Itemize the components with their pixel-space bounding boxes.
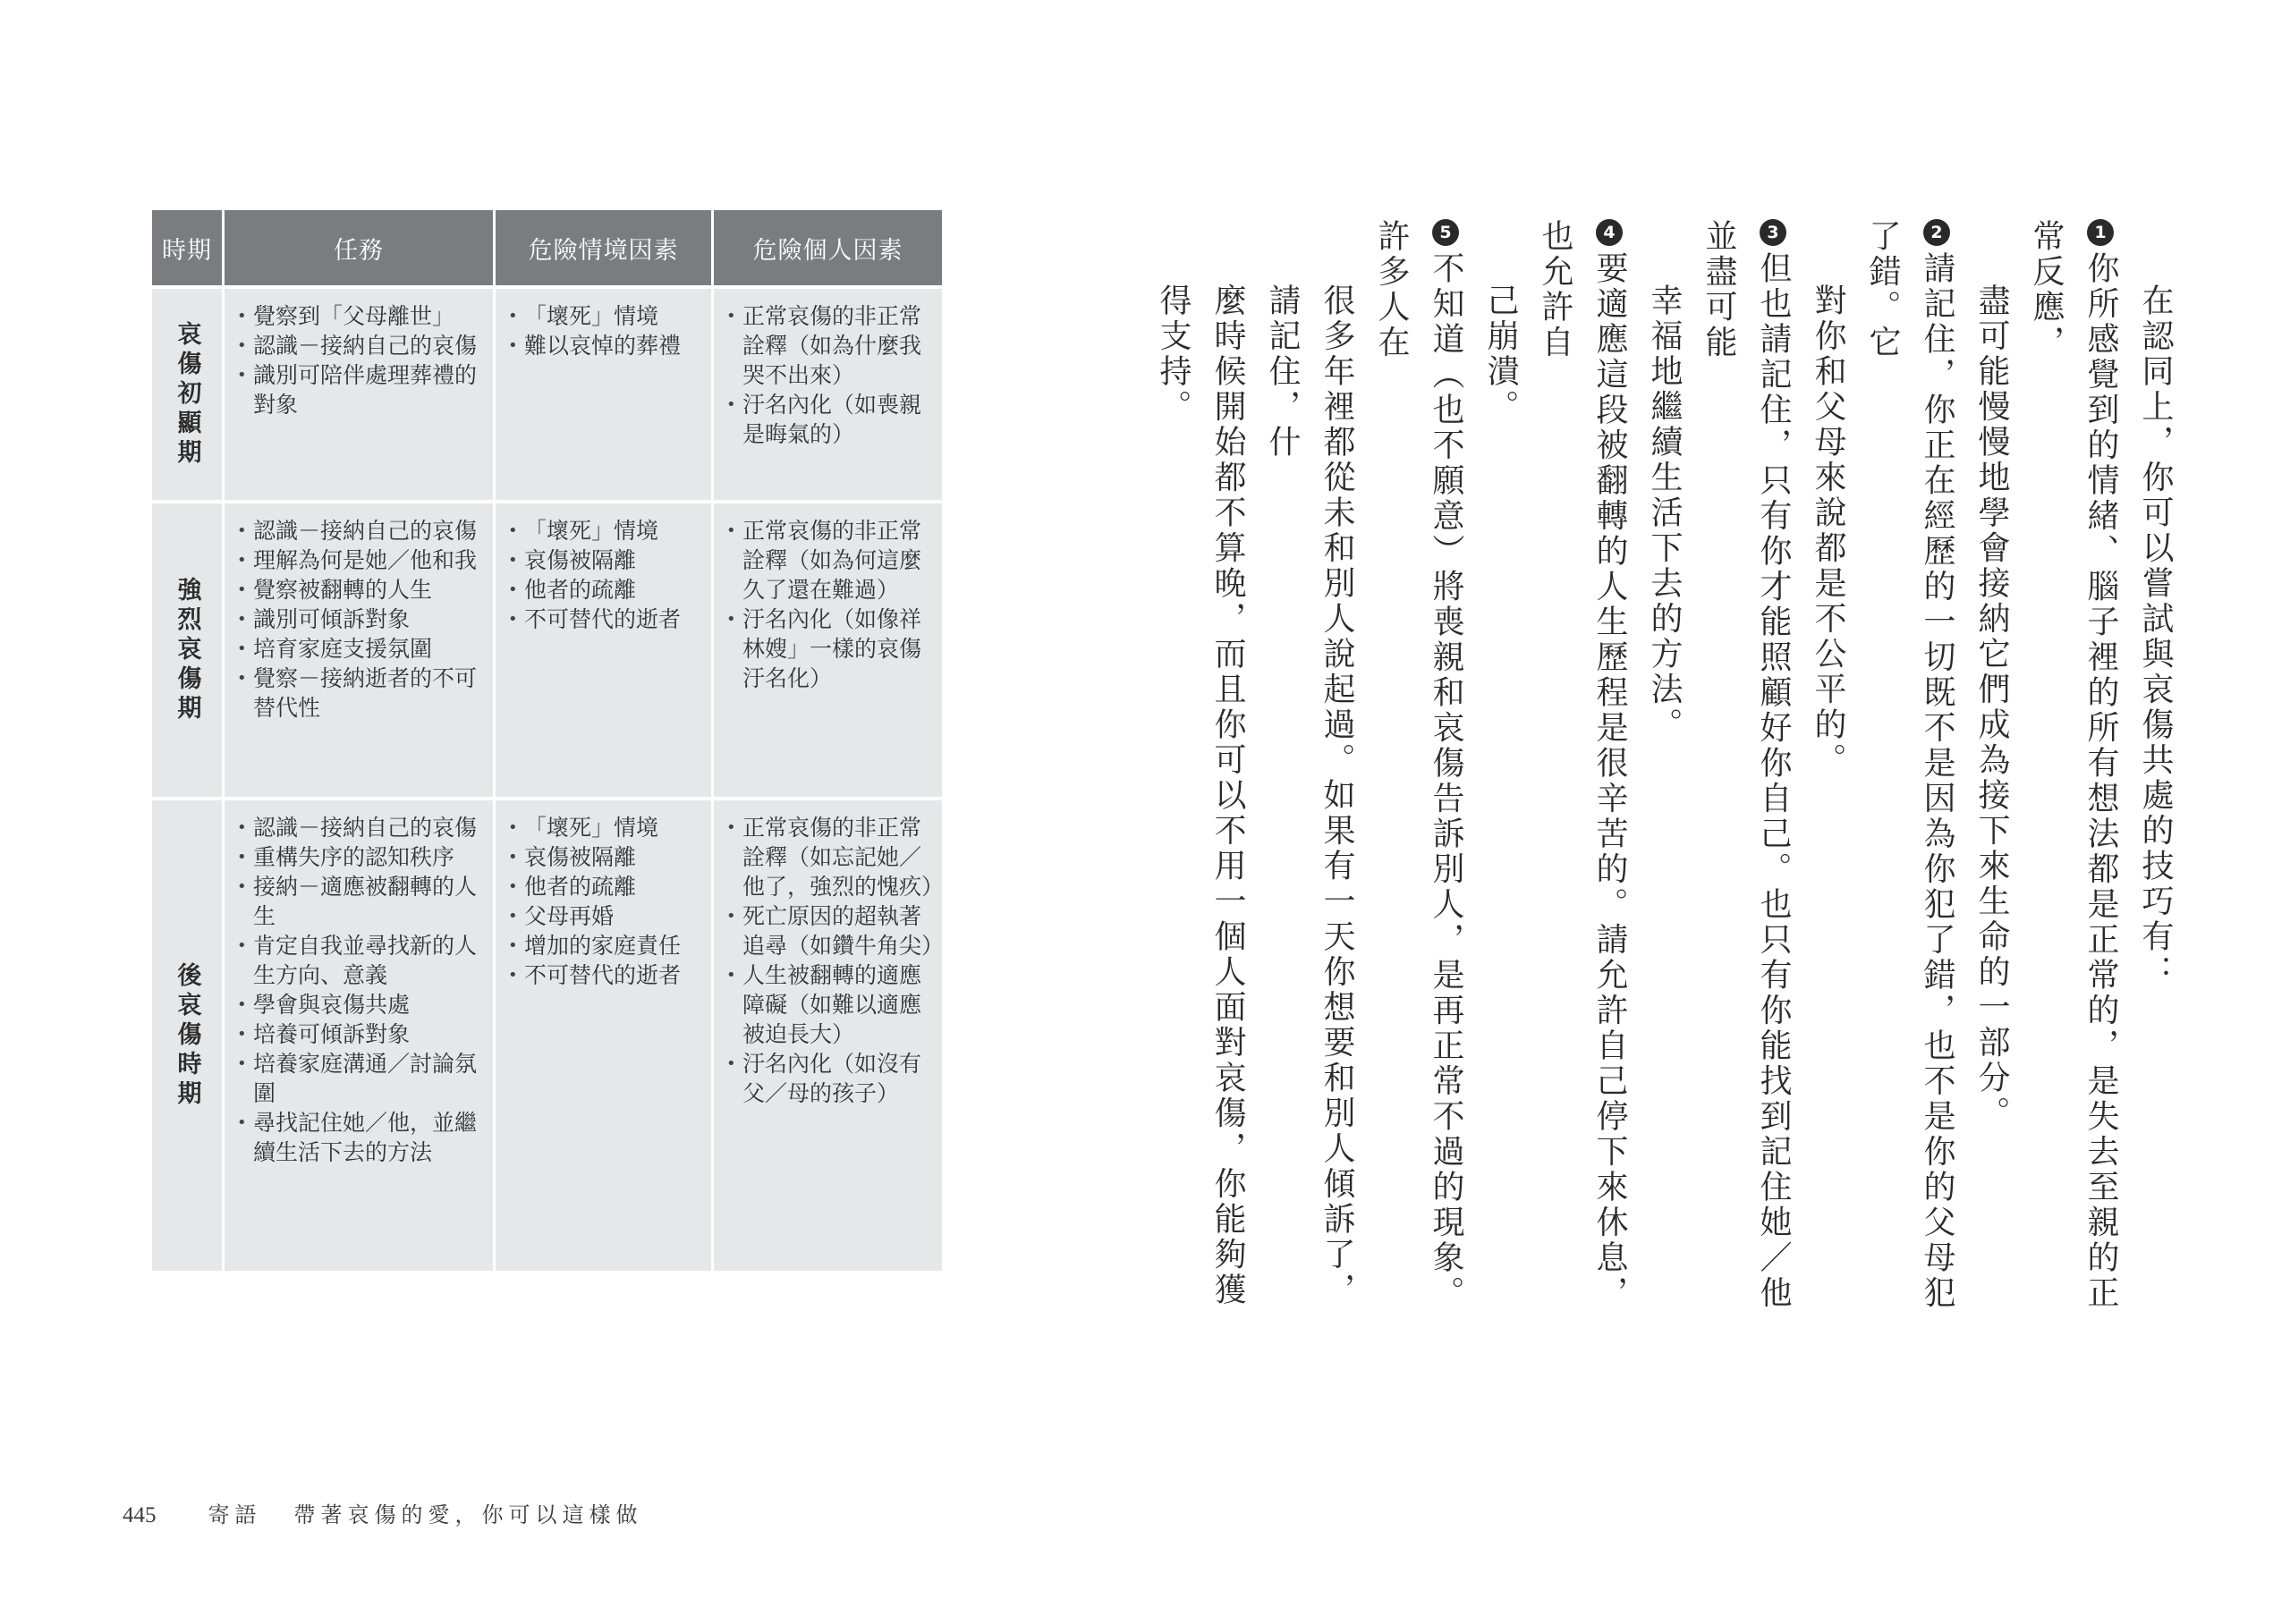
running-title: 帶著哀傷的愛，你可以這樣做	[294, 1502, 643, 1527]
period-label: 強烈哀傷期	[173, 577, 202, 724]
list-item: 死亡原因的超執著追尋（如鑽牛角尖）	[723, 901, 933, 960]
number-5-icon: 5	[1432, 219, 1459, 246]
list-item: 覺察－接納逝者的不可替代性	[233, 664, 484, 723]
list-item: 理解為何是她／他和我	[233, 546, 484, 575]
list-item: 汙名內化（如沒有父／母的孩子）	[723, 1049, 933, 1108]
list-item: 哀傷被隔離	[505, 546, 702, 575]
header-personal-risks: 危險個人因素	[714, 210, 942, 285]
situational-risks-cell: 「壞死」情境 哀傷被隔離 他者的疏離 父母再婚 增加的家庭責任 不可替代的逝者	[496, 800, 711, 1271]
list-item: 「壞死」情境	[505, 813, 702, 842]
item-text: 請記住，你正在經歷的一切既不是因為你犯了錯，也不是你的父母犯了錯。它	[1864, 219, 1955, 1311]
list-item-1: 1你所感覺到的情緒、腦子裡的所有想法都是正常的，是失去至親的正常反應， 盡可能慢…	[1964, 219, 2128, 1319]
list-item-4: 4要適應這段被翻轉的人生歷程是很辛苦的。請允許自己停下來休息，也允許自 己崩潰。	[1473, 219, 1637, 1319]
tasks-cell: 認識－接納自己的哀傷 重構失序的認知秩序 接納－適應被翻轉的人生 肯定自我並尋找…	[225, 800, 493, 1271]
list-item: 尋找記住她／他，並繼續生活下去的方法	[233, 1108, 484, 1167]
body-text: 在認同上，你可以嘗試與哀傷共處的技巧有： 1你所感覺到的情緒、腦子裡的所有想法都…	[1146, 219, 2183, 1319]
list-item: 人生被翻轉的適應障礙（如難以適應被迫長大）	[723, 960, 933, 1049]
item-text: 但也請記住，只有你才能照顧好你自己。也只有你能找到記住她／他並盡可能	[1701, 219, 1792, 1311]
item-text: 要適應這段被翻轉的人生歷程是很辛苦的。請允許自己停下來休息，也允許自	[1537, 219, 1628, 1311]
list-item: 培養家庭溝通／討論氛圍	[233, 1049, 484, 1108]
personal-risks-cell: 正常哀傷的非正常詮釋（如為什麼我哭不出來） 汙名內化（如喪親是晦氣的）	[714, 289, 942, 500]
item-text-continued: 己崩潰。	[1473, 219, 1528, 1319]
item-text-continued: 幸福地繼續生活下去的方法。	[1637, 219, 1692, 1319]
list-item: 學會與哀傷共處	[233, 990, 484, 1019]
section-label: 寄語	[208, 1502, 262, 1527]
grief-stages-table: 時期 任務 危險情境因素 危險個人因素 哀傷初顯期 覺察到「父母離世」 認識－接…	[152, 210, 939, 1271]
list-item-3: 3但也請記住，只有你才能照顧好你自己。也只有你能找到記住她／他並盡可能 幸福地繼…	[1637, 219, 1801, 1319]
list-item: 識別可陪伴處理葬禮的對象	[233, 360, 484, 419]
list-item: 認識－接納自己的哀傷	[233, 813, 484, 842]
header-tasks: 任務	[225, 210, 493, 285]
list-item: 識別可傾訴對象	[233, 605, 484, 634]
list-item: 「壞死」情境	[505, 301, 702, 331]
footer-left: 445寄語帶著哀傷的愛，你可以這樣做	[123, 1497, 643, 1528]
list-item: 認識－接納自己的哀傷	[233, 331, 484, 360]
situational-risks-cell: 「壞死」情境 難以哀悼的葬禮	[496, 289, 711, 500]
header-period: 時期	[152, 210, 222, 285]
period-label: 哀傷初顯期	[173, 321, 202, 469]
number-3-icon: 3	[1760, 219, 1786, 246]
list-item: 汙名內化（如喪親是晦氣的）	[723, 390, 933, 449]
list-item: 正常哀傷的非正常詮釋（如為何這麼久了還在難過）	[723, 516, 933, 605]
list-item: 他者的疏離	[505, 575, 702, 605]
number-1-icon: 1	[2087, 219, 2114, 246]
item-text-continued: 麼時候開始都不算晚，而且你可以不用一個人面對哀傷，你能夠獲得支持。	[1146, 219, 1255, 1319]
list-item: 覺察被翻轉的人生	[233, 575, 484, 605]
personal-risks-cell: 正常哀傷的非正常詮釋（如忘記她／他了，強烈的愧疚） 死亡原因的超執著追尋（如鑽牛…	[714, 800, 942, 1271]
list-item: 增加的家庭責任	[505, 931, 702, 960]
right-page: 在認同上，你可以嘗試與哀傷共處的技巧有： 1你所感覺到的情緒、腦子裡的所有想法都…	[1145, 0, 2290, 1624]
item-text-continued: 對你和父母來說都是不公平的。	[1801, 219, 1855, 1319]
page-number: 445	[123, 1503, 157, 1527]
list-item: 汙名內化（如像祥林嫂」一樣的哀傷汙名化）	[723, 605, 933, 693]
list-item: 難以哀悼的葬禮	[505, 331, 702, 360]
period-cell: 後哀傷時期	[152, 800, 222, 1271]
list-item: 正常哀傷的非正常詮釋（如為什麼我哭不出來）	[723, 301, 933, 390]
personal-risks-cell: 正常哀傷的非正常詮釋（如為何這麼久了還在難過） 汙名內化（如像祥林嫂」一樣的哀傷…	[714, 503, 942, 797]
list-item: 覺察到「父母離世」	[233, 301, 484, 331]
situational-risks-cell: 「壞死」情境 哀傷被隔離 他者的疏離 不可替代的逝者	[496, 503, 711, 797]
intro-paragraph: 在認同上，你可以嘗試與哀傷共處的技巧有：	[2128, 219, 2183, 1319]
item-text: 你所感覺到的情緒、腦子裡的所有想法都是正常的，是失去至親的正常反應，	[2028, 219, 2119, 1311]
header-situational-risks: 危險情境因素	[496, 210, 711, 285]
list-item: 「壞死」情境	[505, 516, 702, 546]
list-item-2: 2請記住，你正在經歷的一切既不是因為你犯了錯，也不是你的父母犯了錯。它 對你和父…	[1801, 219, 1964, 1319]
list-item: 不可替代的逝者	[505, 960, 702, 990]
period-label: 後哀傷時期	[173, 962, 202, 1110]
list-item: 培養可傾訴對象	[233, 1019, 484, 1049]
list-item-5: 5不知道（也不願意）將喪親和哀傷告訴別人，是再正常不過的現象。許多人在 很多年裡…	[1146, 219, 1473, 1319]
list-item: 重構失序的認知秩序	[233, 842, 484, 872]
tasks-cell: 覺察到「父母離世」 認識－接納自己的哀傷 識別可陪伴處理葬禮的對象	[225, 289, 493, 500]
list-item: 父母再婚	[505, 901, 702, 931]
item-text-continued: 盡可能慢慢地學會接納它們成為接下來生命的一部分。	[1964, 219, 2019, 1319]
list-item: 哀傷被隔離	[505, 842, 702, 872]
tasks-cell: 認識－接納自己的哀傷 理解為何是她／他和我 覺察被翻轉的人生 識別可傾訴對象 培…	[225, 503, 493, 797]
item-text: 不知道（也不願意）將喪親和哀傷告訴別人，是再正常不過的現象。許多人在	[1373, 219, 1464, 1311]
number-2-icon: 2	[1923, 219, 1950, 246]
number-4-icon: 4	[1596, 219, 1623, 246]
period-cell: 哀傷初顯期	[152, 289, 222, 500]
list-item: 肯定自我並尋找新的人生方向、意義	[233, 931, 484, 990]
list-item: 他者的疏離	[505, 872, 702, 901]
list-item: 認識－接納自己的哀傷	[233, 516, 484, 546]
item-text-continued: 很多年裡都從未和別人說起過。如果有一天你想要和別人傾訴了，請記住，什	[1255, 219, 1364, 1319]
period-cell: 強烈哀傷期	[152, 503, 222, 797]
list-item: 培育家庭支援氛圍	[233, 634, 484, 664]
list-item: 不可替代的逝者	[505, 605, 702, 634]
list-item: 接納－適應被翻轉的人生	[233, 872, 484, 931]
left-page: 時期 任務 危險情境因素 危險個人因素 哀傷初顯期 覺察到「父母離世」 認識－接…	[0, 0, 1145, 1624]
list-item: 正常哀傷的非正常詮釋（如忘記她／他了，強烈的愧疚）	[723, 813, 933, 901]
